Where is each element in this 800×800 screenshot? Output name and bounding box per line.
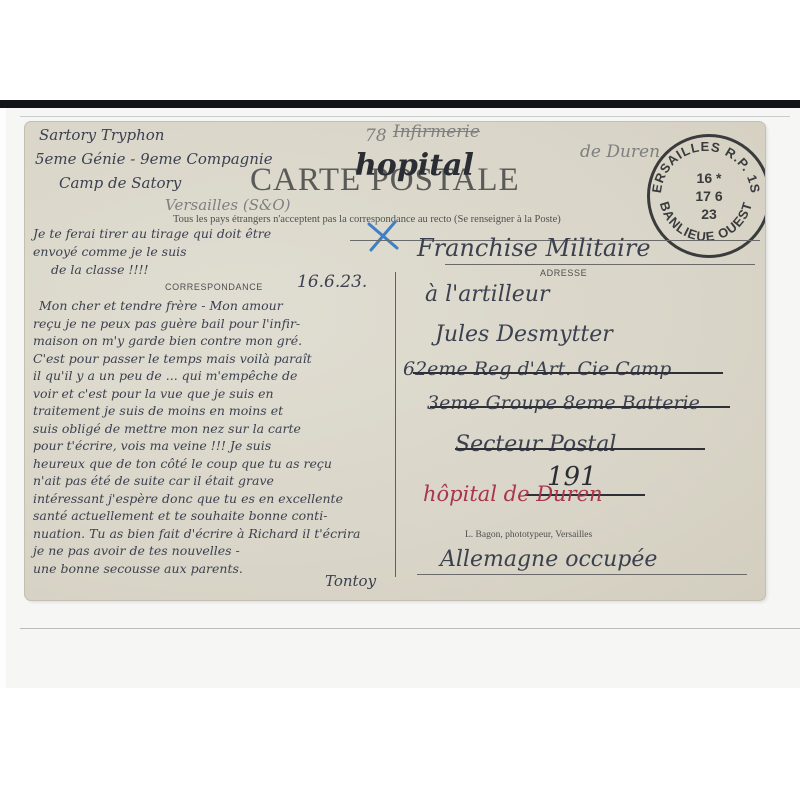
sender-line-3: Camp de Satory [59, 174, 181, 192]
blue-cross-mark-icon [365, 220, 401, 252]
left-note-1: Je te ferai tirer au tirage qui doit êtr… [33, 226, 271, 241]
address-line-secteur: Secteur Postal [455, 432, 616, 457]
signature: Tontoy [325, 572, 376, 590]
message-line: intéressant j'espère donc que tu es en e… [33, 491, 343, 506]
message-line: pour t'écrire, vois ma veine !!! Je suis [33, 438, 271, 453]
sender-line-1: Sartory Tryphon [39, 126, 164, 144]
struck-infirmerie: Infirmerie [393, 122, 480, 142]
address-line-name: Jules Desmytter [435, 322, 613, 347]
message-line: il qu'il y a un peu de ... qui m'empêche… [33, 368, 297, 383]
address-line-regiment: 62eme Reg d'Art. Cie Camp [403, 358, 671, 380]
strike-regiment [413, 372, 723, 374]
hopital-overwrite: hopital [355, 148, 474, 183]
publisher-credit: L. Bagon, phototypeur, Versailles [465, 530, 592, 540]
postmark-year: 23 [701, 205, 717, 223]
message-line: voir et c'est pour la vue que je suis en [33, 386, 274, 401]
postmark-day: 16 * [697, 169, 722, 187]
adresse-label: ADRESSE [540, 268, 587, 278]
message-line: n'ait pas été de suite car il était grav… [33, 473, 274, 488]
address-rule-2 [445, 264, 755, 265]
message-line: maison on m'y garde bien contre mon gré. [33, 333, 302, 348]
address-line-batterie: 3eme Groupe 8eme Batterie [427, 392, 700, 414]
scan-bottom-edge-line [20, 628, 800, 629]
strike-secteur [455, 448, 705, 450]
left-note-2: envoyé comme je le suis [33, 244, 187, 259]
postcard: Sartory Tryphon 5eme Génie - 9eme Compag… [25, 122, 765, 600]
message-line: suis obligé de mettre mon nez sur la car… [33, 421, 301, 436]
message-line: je ne pas avoir de tes nouvelles - [33, 543, 240, 558]
scan-edge-line [20, 116, 790, 117]
message-date: 16.6.23. [297, 272, 367, 292]
message-line: heureux que de ton côté le coup que tu a… [33, 456, 332, 471]
postmark-time: 17 6 [695, 187, 722, 205]
address-rule-bottom [417, 574, 747, 575]
message-line: reçu je ne peux pas guère bail pour l'in… [33, 316, 300, 331]
left-note-3: de la classe !!!! [51, 262, 149, 277]
address-line-hopital: hôpital de Duren [423, 482, 603, 506]
scan-top-border [0, 100, 800, 108]
message-line: une bonne secousse aux parents. [33, 561, 243, 576]
message-line: traitement je suis de moins en moins et [33, 403, 283, 418]
correspondance-label: CORRESPONDANCE [165, 282, 263, 292]
message-line: santé actuellement et te souhaite bonne … [33, 508, 327, 523]
address-line-artilleur: à l'artilleur [425, 282, 549, 307]
postmark-date: 16 * 17 6 23 [650, 137, 765, 255]
mark-78: 78 [365, 126, 387, 146]
address-line-franchise: Franchise Militaire [417, 234, 651, 262]
center-divider [395, 272, 396, 577]
sender-line-2: 5eme Génie - 9eme Compagnie [35, 150, 273, 168]
address-line-allemagne: Allemagne occupée [440, 547, 657, 572]
message-line: C'est pour passer le temps mais voilà pa… [33, 351, 312, 366]
strike-batterie [430, 406, 730, 408]
message-line: nuation. Tu as bien fait d'écrire à Rich… [33, 526, 360, 541]
message-line: Mon cher et tendre frère - Mon amour [39, 298, 283, 313]
